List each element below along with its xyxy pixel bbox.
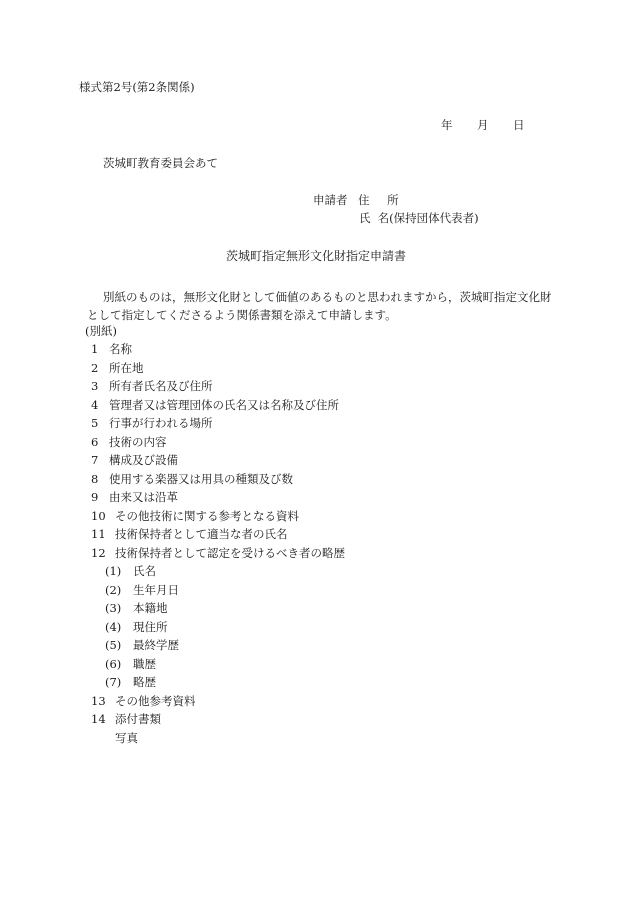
date-day-label: 日 <box>513 120 525 132</box>
sub-item-text: 最終学歴 <box>133 640 179 659</box>
applicant-label: 申請者 <box>313 195 358 207</box>
list-item: 7構成及び設備 <box>91 455 345 474</box>
attachment-detail: 写真 <box>91 733 345 752</box>
address-label: 住 所 <box>358 193 406 207</box>
item-number: 1 <box>91 344 109 363</box>
date-month-label: 月 <box>477 120 513 132</box>
sub-item-number: (5) <box>105 640 133 659</box>
attachment-label: (別紙) <box>85 326 117 338</box>
item-list: 1名称 2所在地 3所有者氏名及び住所 4管理者又は管理団体の氏名又は名称及び住… <box>91 344 345 751</box>
sub-item-number: (7) <box>105 677 133 696</box>
sub-list-item: (7)略歴 <box>91 677 345 696</box>
sub-list-item: (4)現住所 <box>91 622 345 641</box>
sub-item-text: 氏名 <box>133 566 156 585</box>
addressee: 茨城町教育委員会あて <box>103 158 218 170</box>
item-text: 所有者氏名及び住所 <box>109 381 213 400</box>
sub-list-item: (1)氏名 <box>91 566 345 585</box>
item-text: 技術保持者として適当な者の氏名 <box>115 529 288 548</box>
list-item: 9由来又は沿革 <box>91 492 345 511</box>
sub-list-item: (3)本籍地 <box>91 603 345 622</box>
form-number: 様式第2号(第2条関係) <box>79 82 195 94</box>
list-item: 12技術保持者として認定を受けるべき者の略歴 <box>91 548 345 567</box>
item-number: 7 <box>91 455 109 474</box>
name-label-part1: 氏 <box>359 213 374 225</box>
sub-list-item: (5)最終学歴 <box>91 640 345 659</box>
item-text: 構成及び設備 <box>109 455 178 474</box>
sub-list-item: (2)生年月日 <box>91 585 345 604</box>
sub-item-text: 略歴 <box>133 677 156 696</box>
list-item: 3所有者氏名及び住所 <box>91 381 345 400</box>
item-number: 9 <box>91 492 109 511</box>
list-item: 1名称 <box>91 344 345 363</box>
attachment-detail-text: 写真 <box>115 733 138 752</box>
item-number: 14 <box>91 714 115 733</box>
applicant-address-row: 申請者住 所 <box>313 195 406 207</box>
document-title: 茨城町指定無形文化財指定申請書 <box>226 250 406 262</box>
item-text: 名称 <box>109 344 132 363</box>
list-item: 11技術保持者として適当な者の氏名 <box>91 529 345 548</box>
applicant-name-row: 氏 名(保持団体代表者) <box>359 213 479 225</box>
item-number: 11 <box>91 529 115 548</box>
item-text: 添付書類 <box>115 714 161 733</box>
item-text: 行事が行われる場所 <box>109 418 213 437</box>
sub-list-item: (6)職歴 <box>91 659 345 678</box>
list-item: 14添付書類 <box>91 714 345 733</box>
body-paragraph: 別紙のものは，無形文化財として価値のあるものと思われますから，茨城町指定文化財と… <box>87 288 552 324</box>
date-year-label: 年 <box>441 120 477 132</box>
sub-item-number: (1) <box>105 566 133 585</box>
date-field: 年 月 日 <box>441 120 525 132</box>
list-item: 5行事が行われる場所 <box>91 418 345 437</box>
sub-item-number: (3) <box>105 603 133 622</box>
item-text: 由来又は沿革 <box>109 492 178 511</box>
item-number: 5 <box>91 418 109 437</box>
name-label-part2: 名(保持団体代表者) <box>378 211 479 225</box>
sub-item-text: 本籍地 <box>133 603 168 622</box>
item-number: 3 <box>91 381 109 400</box>
